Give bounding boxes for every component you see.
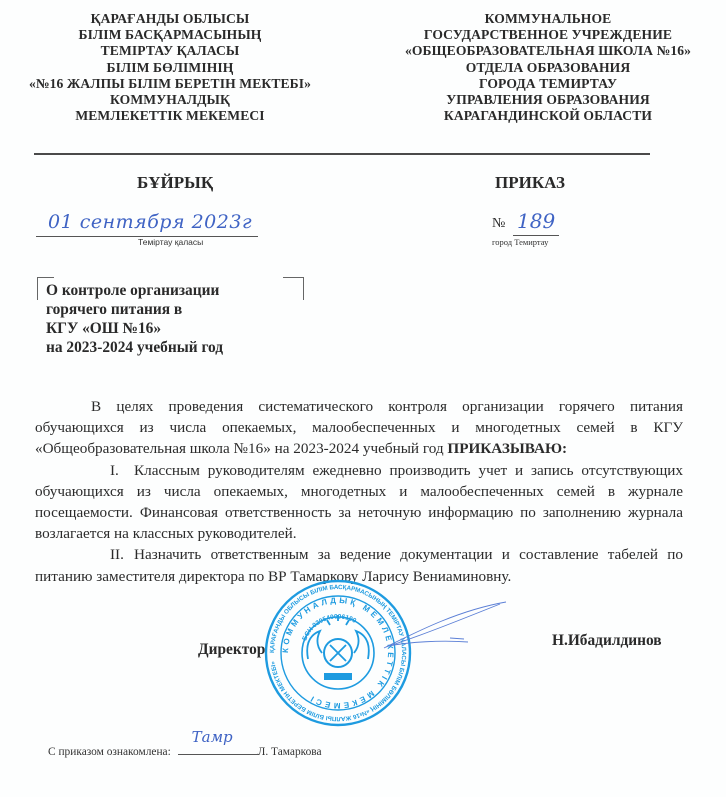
acknowledgement-signature-line: Тамр (178, 742, 258, 755)
header-kz-line: МЕМЛЕКЕТТІК МЕКЕМЕСІ (20, 108, 320, 124)
city-kazakh: Теміртау қаласы (138, 237, 203, 247)
subject-line: КГУ «ОШ №16» (46, 319, 223, 338)
director-name: Н.Ибадилдинов (552, 632, 662, 650)
intro-text: В целях проведения систематического конт… (35, 398, 683, 457)
director-signature-icon (380, 590, 510, 650)
order-body: В целях проведения систематического конт… (35, 396, 683, 587)
acknowledgement-signature: Тамр (192, 728, 233, 746)
intro-paragraph: В целях проведения систематического конт… (35, 396, 683, 460)
city-russian: город Темиртау (492, 237, 548, 247)
header-ru-line: КОММУНАЛЬНОЕ (393, 11, 703, 27)
header-ru-line: ОТДЕЛА ОБРАЗОВАНИЯ (393, 60, 703, 76)
header-ru-line: УПРАВЛЕНИЯ ОБРАЗОВАНИЯ (393, 92, 703, 108)
header-kazakh: ҚАРАҒАНДЫ ОБЛЫСЫ БІЛІМ БАСҚАРМАСЫНЫҢ ТЕМ… (20, 11, 320, 124)
date-field: 01 сентября 2023г (36, 208, 258, 237)
doc-type-russian: ПРИКАЗ (495, 173, 565, 193)
svg-text:БСН 020540006199: БСН 020540006199 (301, 613, 357, 641)
acknowledgement-name: Л. Тамаркова (258, 746, 322, 758)
header-ru-line: ГОСУДАРСТВЕННОЕ УЧРЕЖДЕНИЕ (393, 27, 703, 43)
director-title: Директор (198, 641, 265, 659)
subject-bracket-right (283, 277, 304, 300)
subject-line: на 2023-2024 учебный год (46, 338, 223, 357)
header-ru-line: ГОРОДА ТЕМИРТАУ (393, 76, 703, 92)
item-number: I. (110, 460, 134, 481)
acknowledgement: С приказом ознакомлена: Тамр Л. Тамарков… (48, 742, 322, 758)
handwritten-date: 01 сентября 2023г (48, 211, 252, 233)
subject-line: горячего питания в (46, 300, 223, 319)
header-russian: КОММУНАЛЬНОЕ ГОСУДАРСТВЕННОЕ УЧРЕЖДЕНИЕ … (393, 11, 703, 124)
order-directive: ПРИКАЗЫВАЮ: (447, 440, 567, 457)
item-number: II. (110, 544, 134, 565)
header-kz-line: БІЛІМ БӨЛІМІНІҢ (20, 60, 320, 76)
order-subject: О контроле организации горячего питания … (46, 281, 223, 357)
header-divider (34, 153, 650, 155)
order-item-1: I.Классным руководителям ежедневно произ… (35, 460, 683, 545)
header-kz-line: «№16 ЖАЛПЫ БІЛІМ БЕРЕТІН МЕКТЕБІ» (20, 76, 320, 92)
header-kz-line: ҚАРАҒАНДЫ ОБЛЫСЫ (20, 11, 320, 27)
doc-type-kazakh: БҰЙРЫҚ (137, 173, 213, 193)
header-ru-line: КАРАГАНДИНСКОЙ ОБЛАСТИ (393, 108, 703, 124)
header-kz-line: ТЕМІРТАУ ҚАЛАСЫ (20, 43, 320, 59)
header-kz-line: КОММУНАЛДЫҚ (20, 92, 320, 108)
order-number-label: № (492, 216, 505, 232)
acknowledgement-label: С приказом ознакомлена: (48, 746, 171, 758)
order-number-field: 189 (513, 208, 559, 236)
header-kz-line: БІЛІМ БАСҚАРМАСЫНЫҢ (20, 27, 320, 43)
handwritten-order-number: 189 (517, 209, 555, 233)
subject-line: О контроле организации (46, 281, 223, 300)
header-ru-line: «ОБЩЕОБРАЗОВАТЕЛЬНАЯ ШКОЛА №16» (393, 43, 703, 59)
